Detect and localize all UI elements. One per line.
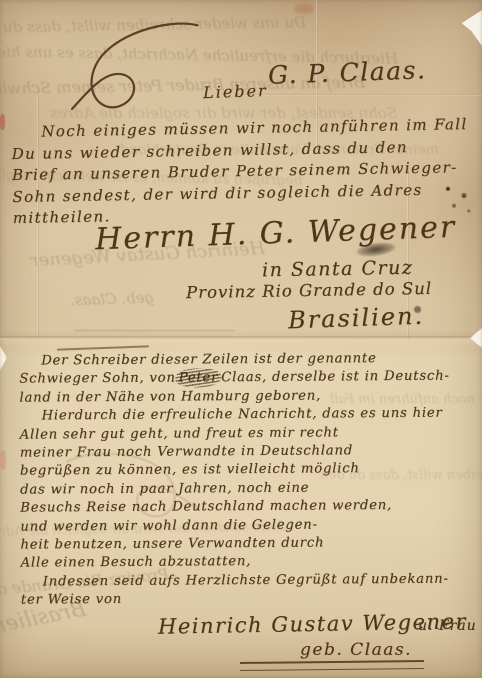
- paper-tear: [0, 346, 7, 370]
- letter-page: Du uns wieder schreiben willst, dass du …: [0, 0, 482, 678]
- paper-tear: [458, 10, 482, 48]
- body-line: ter Weise von: [21, 589, 479, 611]
- addressee-name: G. P. Claas.: [268, 55, 427, 90]
- showthrough-line: geb. Claas.: [70, 289, 155, 310]
- pen-flourish-line: [57, 345, 149, 350]
- signature-maiden-name: geb. Claas.: [300, 640, 412, 660]
- salutation-word: Lieber: [203, 81, 268, 102]
- flourish-initial: [58, 18, 228, 118]
- body-line: Schwieger Sohn, vonPeterClaas, derselbe …: [19, 368, 477, 390]
- country-line: Brasilien.: [288, 302, 425, 335]
- paper-tear: [470, 328, 482, 348]
- crease-horizontal: [235, 94, 482, 96]
- body-line-prefix: Schwieger Sohn, von: [19, 371, 176, 387]
- showthrough-rule: [75, 330, 235, 331]
- body-paragraph: Der Schreiber dieser Zeilen ist der gena…: [19, 349, 479, 610]
- town-line: in Santa Cruz: [262, 257, 414, 282]
- body-line: Hierdurch die erfreuliche Nachricht, das…: [19, 405, 477, 427]
- province-line: Provinz Rio Grande do Sul: [186, 279, 432, 302]
- signature-underline: [240, 660, 424, 671]
- stain: [0, 450, 6, 470]
- struck-name: Peter: [179, 371, 219, 386]
- body-line: Indessen seid aufs Herzlichste Gegrüßt a…: [21, 570, 479, 592]
- body-line-suffix: Claas, derselbe ist in Deutsch-: [221, 369, 450, 386]
- fold-crease: [0, 336, 482, 340]
- signature-spouse: u. Frau: [418, 618, 477, 634]
- stain: [0, 114, 5, 130]
